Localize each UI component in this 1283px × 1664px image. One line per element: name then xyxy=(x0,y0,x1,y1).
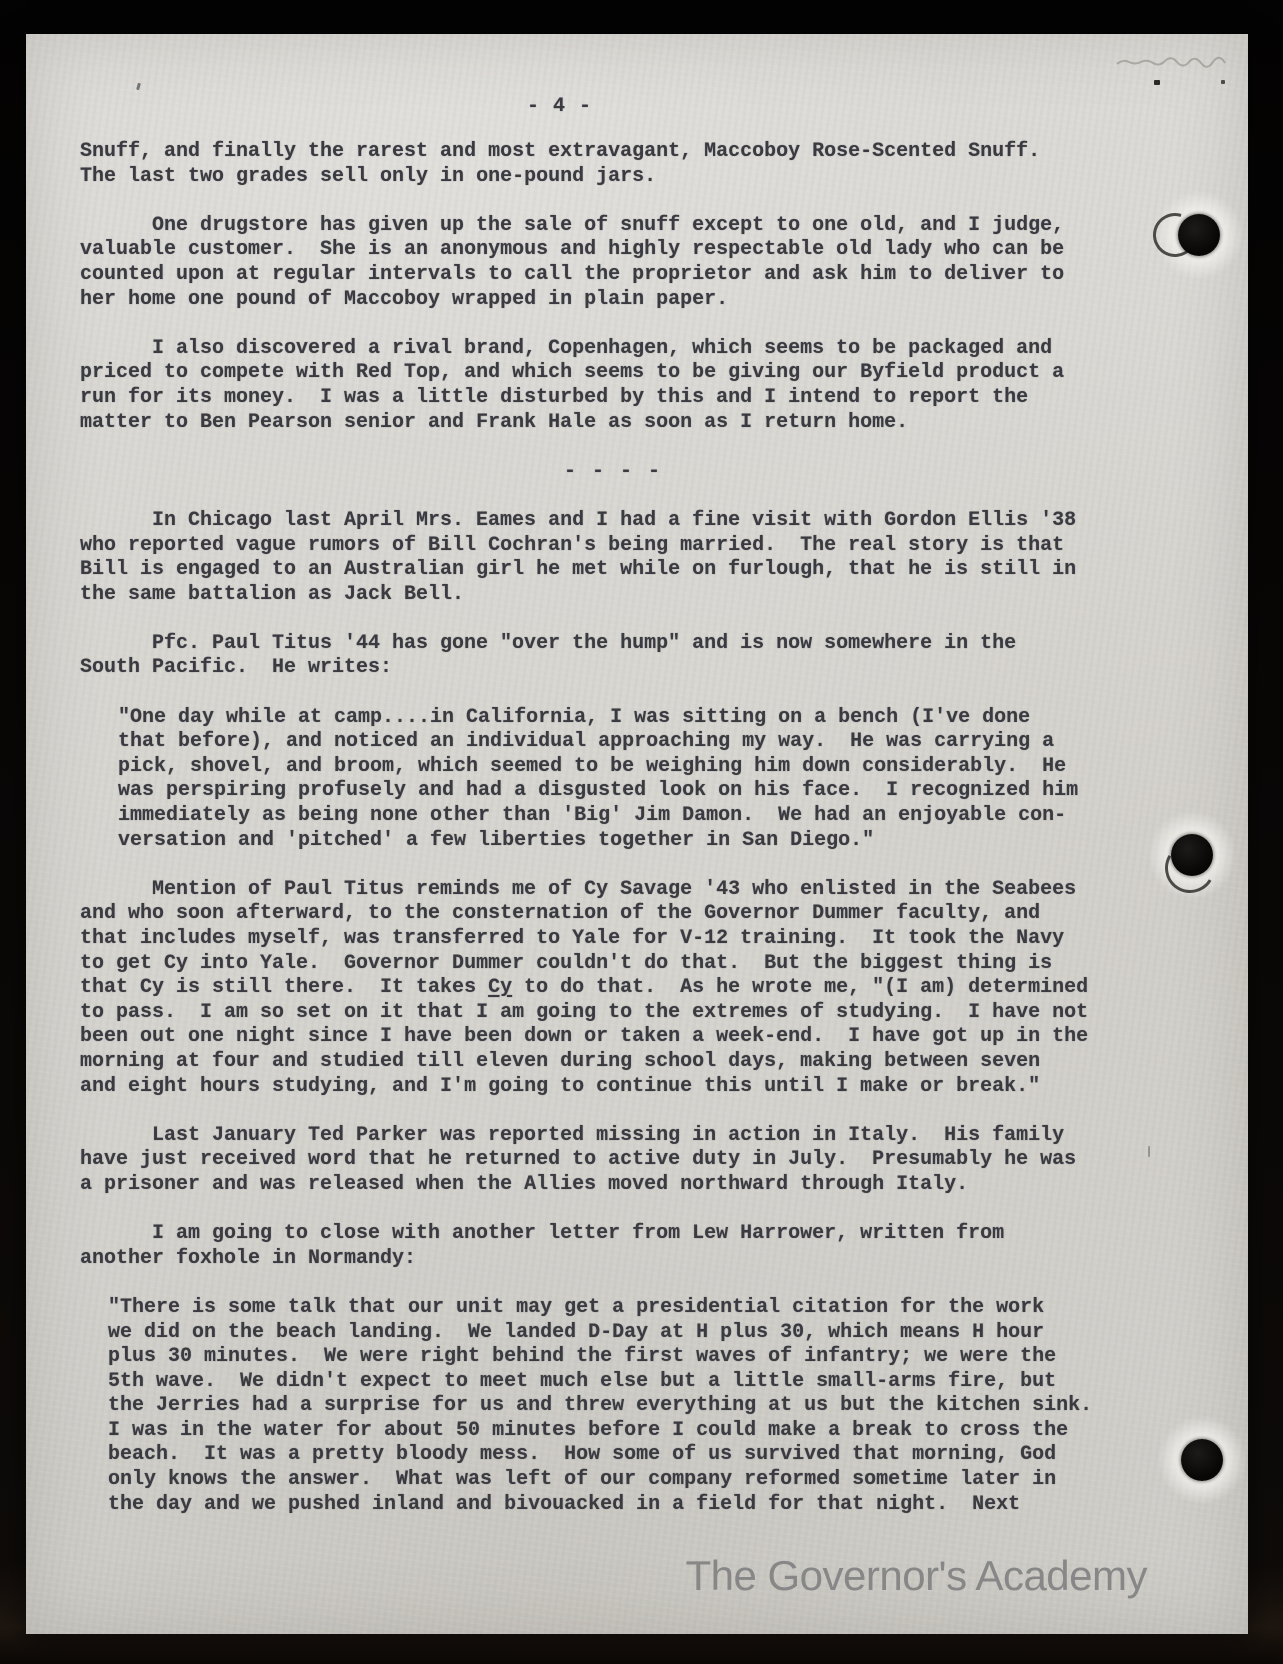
text-line: that includes myself, was transferred to… xyxy=(80,927,1125,952)
stray-apostrophe-mark xyxy=(136,83,141,91)
text-line: In Chicago last April Mrs. Eames and I h… xyxy=(80,509,1125,534)
text-line: to pass. I am so set on it that I am goi… xyxy=(80,1001,1125,1026)
hole-punch-middle xyxy=(1171,834,1213,876)
paragraph: I also discovered a rival brand, Copenha… xyxy=(80,337,1125,435)
paragraph: I am going to close with another letter … xyxy=(80,1222,1125,1271)
text-line: Mention of Paul Titus reminds me of Cy S… xyxy=(80,878,1125,903)
text-line: to get Cy into Yale. Governor Dummer cou… xyxy=(80,952,1125,977)
text-line: counted upon at regular intervals to cal… xyxy=(80,263,1125,288)
paragraph: One drugstore has given up the sale of s… xyxy=(80,214,1125,312)
text-line: another foxhole in Normandy: xyxy=(80,1247,1125,1272)
text-line: immediately as being none other than 'Bi… xyxy=(118,804,1125,829)
text-line: 5th wave. We didn't expect to meet much … xyxy=(108,1370,1125,1395)
text-line: the day and we pushed inland and bivouac… xyxy=(108,1493,1125,1518)
page-number: - 4 - xyxy=(527,95,592,118)
text-line: South Pacific. He writes: xyxy=(80,656,1125,681)
text-line: pick, shovel, and broom, which seemed to… xyxy=(118,755,1125,780)
text-line: and eight hours studying, and I'm going … xyxy=(80,1075,1125,1100)
text-line: and who soon afterward, to the consterna… xyxy=(80,902,1125,927)
quoted-letter: "There is some talk that our unit may ge… xyxy=(108,1296,1125,1517)
text-line: we did on the beach landing. We landed D… xyxy=(108,1321,1125,1346)
paragraph: Snuff, and finally the rarest and most e… xyxy=(80,140,1125,189)
text-line: Snuff, and finally the rarest and most e… xyxy=(80,140,1125,165)
paper-page: - 4 - Snuff, and finally the rarest and … xyxy=(26,34,1248,1634)
text-segment: that Cy is still there. It takes xyxy=(80,976,488,999)
paragraph: Mention of Paul Titus reminds me of Cy S… xyxy=(80,878,1125,1099)
text-line: plus 30 minutes. We were right behind th… xyxy=(108,1345,1125,1370)
text-line: a prisoner and was released when the All… xyxy=(80,1173,1125,1198)
text-line: have just received word that he returned… xyxy=(80,1148,1125,1173)
text-segment: to do that. As he wrote me, "(I am) dete… xyxy=(512,976,1088,999)
text-line: only knows the answer. What was left of … xyxy=(108,1468,1125,1493)
text-line: the Jerries had a surprise for us and th… xyxy=(108,1394,1125,1419)
paragraph: Last January Ted Parker was reported mis… xyxy=(80,1124,1125,1198)
section-separator: - - - - xyxy=(80,460,1125,485)
text-line: "One day while at camp....in California,… xyxy=(118,706,1125,731)
stray-mark xyxy=(1148,1146,1150,1157)
text-line: One drugstore has given up the sale of s… xyxy=(80,214,1125,239)
watermark: The Governor's Academy xyxy=(685,1552,1147,1600)
ink-speck xyxy=(1221,80,1225,84)
document-text: Snuff, and finally the rarest and most e… xyxy=(80,140,1125,1517)
text-line: "There is some talk that our unit may ge… xyxy=(108,1296,1125,1321)
paragraph: In Chicago last April Mrs. Eames and I h… xyxy=(80,509,1125,607)
text-line: morning at four and studied till eleven … xyxy=(80,1050,1125,1075)
text-line: I am going to close with another letter … xyxy=(80,1222,1125,1247)
text-line: run for its money. I was a little distur… xyxy=(80,386,1125,411)
pencil-scribble xyxy=(1115,54,1237,70)
underlined-word: Cy xyxy=(488,976,512,999)
paragraph: Pfc. Paul Titus '44 has gone "over the h… xyxy=(80,632,1125,681)
text-line: who reported vague rumors of Bill Cochra… xyxy=(80,534,1125,559)
text-line: versation and 'pitched' a few liberties … xyxy=(118,829,1125,854)
text-line: that before), and noticed an individual … xyxy=(118,730,1125,755)
text-line: was perspiring profusely and had a disgu… xyxy=(118,779,1125,804)
text-line: The last two grades sell only in one-pou… xyxy=(80,165,1125,190)
hole-punch-top xyxy=(1178,214,1220,256)
text-line: priced to compete with Red Top, and whic… xyxy=(80,361,1125,386)
text-line: matter to Ben Pearson senior and Frank H… xyxy=(80,411,1125,436)
text-line: the same battalion as Jack Bell. xyxy=(80,583,1125,608)
text-line: Bill is engaged to an Australian girl he… xyxy=(80,558,1125,583)
text-line: Pfc. Paul Titus '44 has gone "over the h… xyxy=(80,632,1125,657)
text-line: been out one night since I have been dow… xyxy=(80,1025,1125,1050)
quoted-letter: "One day while at camp....in California,… xyxy=(118,706,1125,854)
text-line: valuable customer. She is an anonymous a… xyxy=(80,238,1125,263)
hole-punch-bottom xyxy=(1181,1439,1223,1481)
text-line: I also discovered a rival brand, Copenha… xyxy=(80,337,1125,362)
text-line: Last January Ted Parker was reported mis… xyxy=(80,1124,1125,1149)
text-line: that Cy is still there. It takes Cy to d… xyxy=(80,976,1125,1001)
ink-speck xyxy=(1154,80,1160,85)
text-line: - - - - xyxy=(564,460,1125,485)
text-line: beach. It was a pretty bloody mess. How … xyxy=(108,1443,1125,1468)
text-line: her home one pound of Maccoboy wrapped i… xyxy=(80,288,1125,313)
photo-background: - 4 - Snuff, and finally the rarest and … xyxy=(0,0,1283,1664)
text-line: I was in the water for about 50 minutes … xyxy=(108,1419,1125,1444)
